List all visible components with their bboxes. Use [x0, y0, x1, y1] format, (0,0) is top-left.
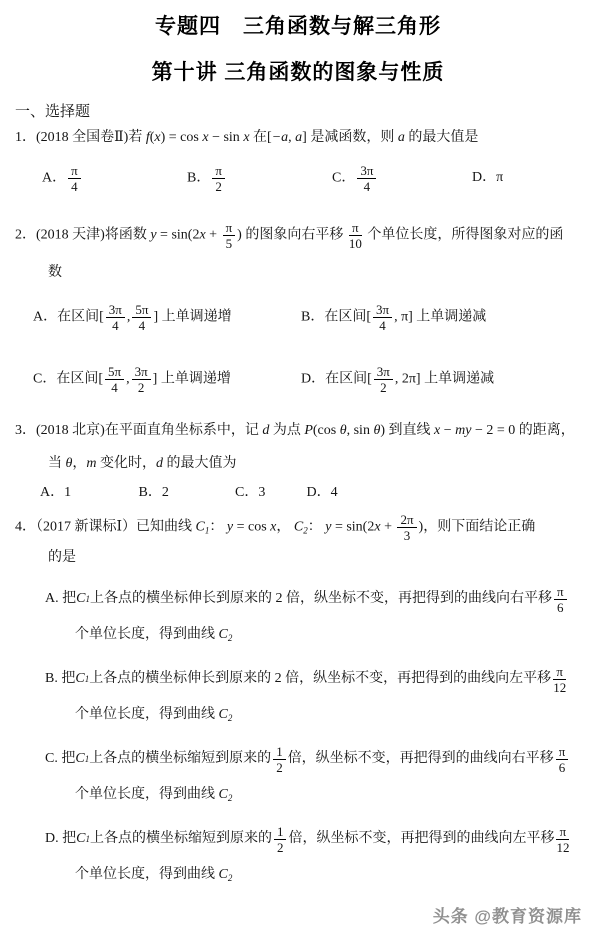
question-1-option-a: A．π4 — [42, 163, 187, 194]
fraction: π5 — [223, 220, 236, 251]
option-b-text-continuation: 个单位长度，得到曲线 C2 — [45, 705, 581, 728]
question-4-stem-continuation: 的是 — [15, 548, 581, 568]
question-2-options-row-2: C．在区间[5π4,3π2] 上单调递增 D．在区间[3π2, 2π] 上单调递… — [15, 357, 581, 401]
fraction: π4 — [68, 163, 81, 194]
question-1-options: A．π4 B．π2 C．3π4 D．π — [15, 156, 581, 200]
option-a-text: A. 把 C1 上各点的横坐标伸长到原来的 2 倍，纵坐标不变，再把得到的曲线向… — [45, 577, 581, 621]
option-c-text: C. 把 C1 上各点的横坐标缩短到原来的 12 倍，纵坐标不变，再把得到的曲线… — [45, 737, 581, 781]
question-1-stem: 1．(2018 全国卷Ⅱ)若 f(x) = cos x − sin x 在[−a… — [15, 128, 581, 148]
document-page: 专题四 三角函数与解三角形 第十讲 三角函数的图象与性质 一、选择题 1．(20… — [0, 0, 596, 935]
fraction: 3π4 — [106, 302, 125, 333]
question-4-option-b: B. 把 C1 上各点的横坐标伸长到原来的 2 倍，纵坐标不变，再把得到的曲线向… — [15, 657, 581, 728]
fraction: 12 — [274, 824, 287, 855]
section-heading: 一、选择题 — [15, 102, 581, 122]
fraction: π12 — [556, 824, 569, 855]
fraction: 12 — [273, 744, 286, 775]
question-3-stem: 3．(2018 北京)在平面直角坐标系中，记 d 为点 P(cos θ, sin… — [15, 421, 581, 441]
fraction: 3π4 — [357, 163, 376, 194]
question-3-option-a: A．1 — [40, 483, 135, 503]
option-d-text-continuation: 个单位长度，得到曲线 C2 — [45, 865, 581, 888]
question-2-option-b: B．在区间[3π4, π] 上单调递减 — [301, 302, 581, 333]
question-2-stem: 2．(2018 天津)将函数 y = sin(2x + π5) 的图象向右平移 … — [15, 220, 581, 251]
document-subtitle: 第十讲 三角函数的图象与性质 — [15, 60, 581, 86]
question-2-stem-continuation: 数 — [15, 263, 581, 283]
question-3-option-c: C．3 — [235, 483, 303, 503]
fraction: 2π3 — [397, 512, 416, 543]
question-2-options-row-1: A．在区间[3π4,5π4] 上单调递增 B．在区间[3π4, π] 上单调递减 — [15, 295, 581, 339]
option-d-text: D. 把 C1 上各点的横坐标缩短到原来的 12 倍，纵坐标不变，再把得到的曲线… — [45, 817, 581, 861]
fraction: 5π4 — [132, 302, 151, 333]
question-4-option-a: A. 把 C1 上各点的横坐标伸长到原来的 2 倍，纵坐标不变，再把得到的曲线向… — [15, 577, 581, 648]
fraction: π12 — [553, 664, 566, 695]
fraction: 3π4 — [373, 302, 392, 333]
question-4-option-c: C. 把 C1 上各点的横坐标缩短到原来的 12 倍，纵坐标不变，再把得到的曲线… — [15, 737, 581, 808]
question-2-option-a: A．在区间[3π4,5π4] 上单调递增 — [33, 302, 301, 333]
question-3-option-d: D．4 — [307, 483, 338, 503]
fraction: π6 — [554, 584, 567, 615]
question-1-option-b: B．π2 — [187, 163, 332, 194]
fraction: π2 — [212, 163, 225, 194]
question-3-stem-continuation: 当 θ，m 变化时，d 的最大值为 — [15, 454, 581, 474]
question-1-option-d: D．π — [472, 168, 581, 188]
fraction: 5π4 — [105, 364, 124, 395]
question-2-option-d: D．在区间[3π2, 2π] 上单调递减 — [301, 364, 581, 395]
question-4-option-d: D. 把 C1 上各点的横坐标缩短到原来的 12 倍，纵坐标不变，再把得到的曲线… — [15, 817, 581, 888]
fraction: 3π2 — [374, 364, 393, 395]
question-3-options: A．1 B．2 C．3 D．4 — [15, 483, 581, 503]
document-title: 专题四 三角函数与解三角形 — [15, 14, 581, 40]
watermark: 头条 @教育资源库 — [433, 907, 582, 927]
option-c-text-continuation: 个单位长度，得到曲线 C2 — [45, 785, 581, 808]
question-3-option-b: B．2 — [139, 483, 232, 503]
question-1-option-c: C．3π4 — [332, 163, 472, 194]
option-b-text: B. 把 C1 上各点的横坐标伸长到原来的 2 倍，纵坐标不变，再把得到的曲线向… — [45, 657, 581, 701]
fraction: π10 — [349, 220, 362, 251]
fraction: π6 — [556, 744, 569, 775]
question-4-stem: 4．（2017 新课标Ⅰ）已知曲线 C1： y = cos x， C2： y =… — [15, 512, 581, 543]
question-2-option-c: C．在区间[5π4,3π2] 上单调递增 — [33, 364, 301, 395]
fraction: 3π2 — [132, 364, 151, 395]
option-a-text-continuation: 个单位长度，得到曲线 C2 — [45, 625, 581, 648]
